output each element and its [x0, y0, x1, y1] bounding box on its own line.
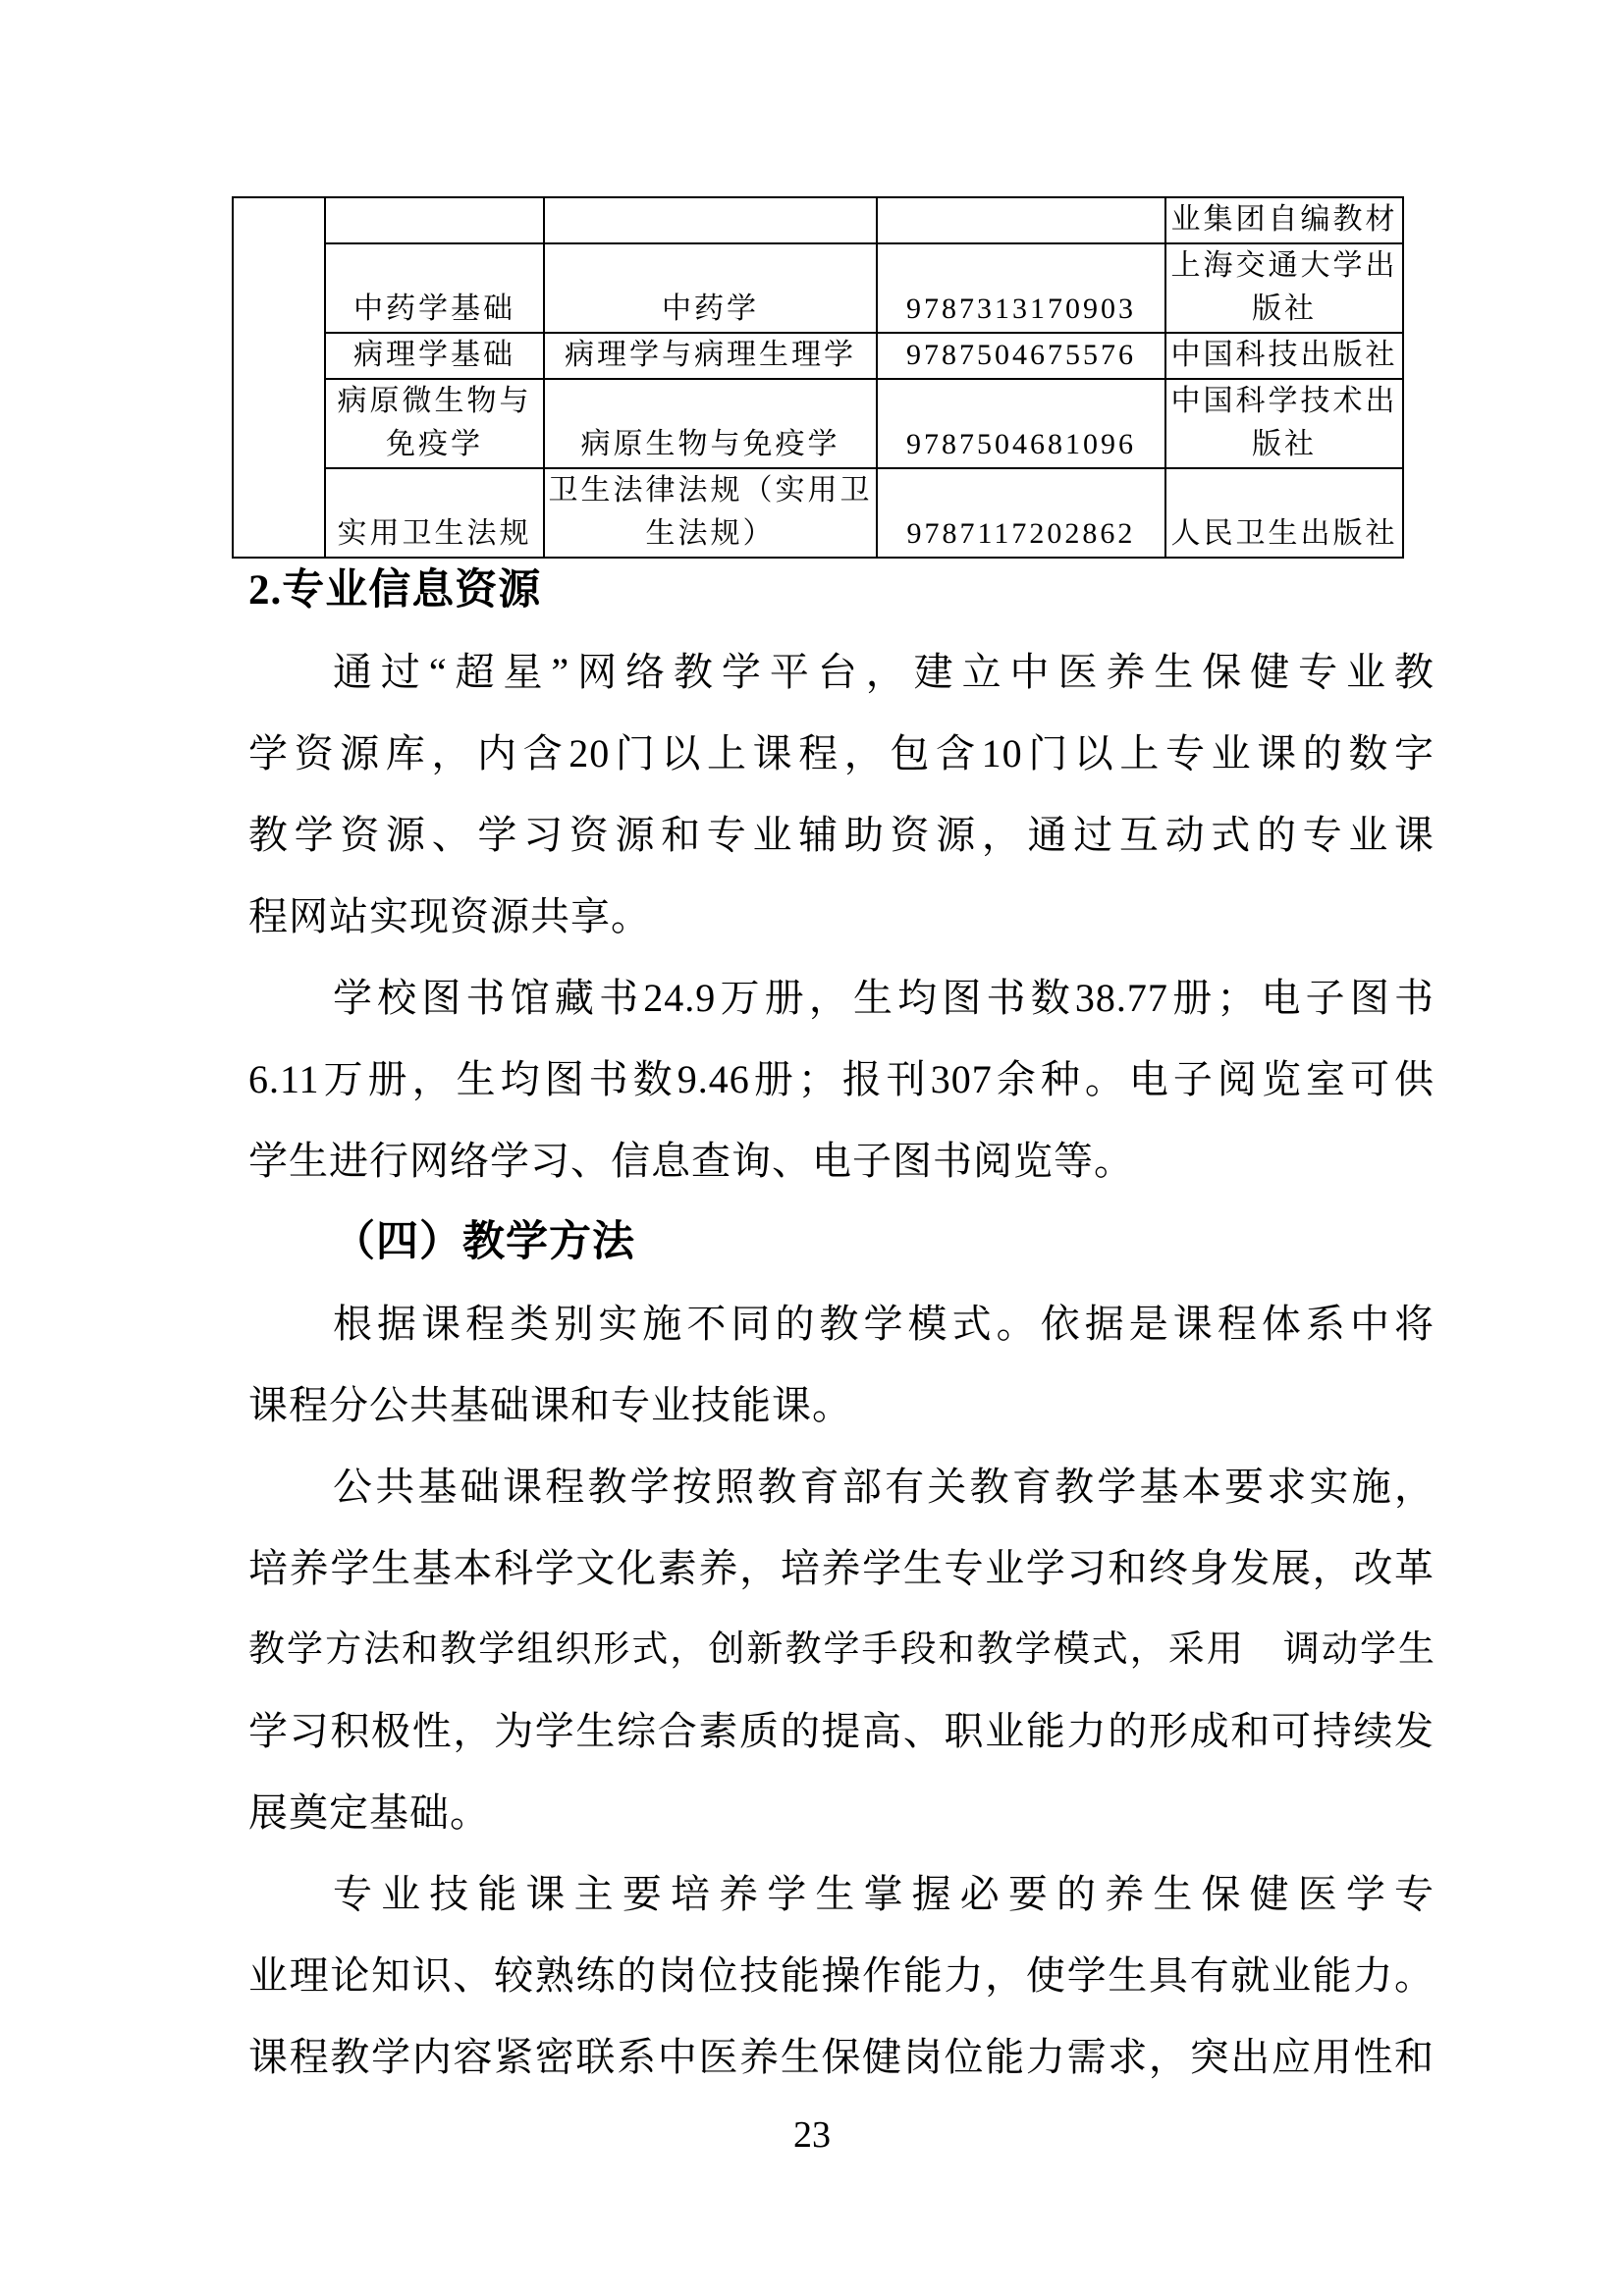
table-cell-isbn [877, 197, 1165, 243]
table-cell-textbook [544, 197, 877, 243]
table-cell-isbn: 9787313170903 [877, 243, 1165, 333]
table-row: 病理学基础 病理学与病理生理学 9787504675576 中国科技出版社 [233, 333, 1403, 379]
paragraph-line: 根据课程类别实施不同的教学模式。依据是课程体系中将 [248, 1283, 1435, 1364]
table-cell-publisher: 中国科技出版社 [1165, 333, 1403, 379]
table-cell-course: 病理学基础 [325, 333, 544, 379]
paragraph-line: 教学方法和教学组织形式，创新教学手段和教学模式，采用 调动学生 [248, 1609, 1435, 1690]
body-text: 2.专业信息资源 通过“超星”网络教学平台，建立中医养生保健专业教 学资源库，内… [248, 550, 1435, 2098]
paragraph-line: 公共基础课程教学按照教育部有关教育教学基本要求实施， [248, 1446, 1435, 1527]
paragraph-line: 课程分公共基础课和专业技能课。 [248, 1364, 1435, 1446]
table-cell-publisher: 中国科学技术出版社 [1165, 379, 1403, 468]
section-heading-method: （四）教学方法 [248, 1201, 1435, 1283]
paragraph-line: 学校图书馆藏书24.9万册，生均图书数38.77册；电子图书 [248, 957, 1435, 1039]
section-heading-info: 2.专业信息资源 [248, 550, 1435, 631]
table-cell-publisher: 上海交通大学出版社 [1165, 243, 1403, 333]
paragraph-line: 学习积极性，为学生综合素质的提高、职业能力的形成和可持续发 [248, 1690, 1435, 1772]
paragraph-line: 程网站实现资源共享。 [248, 876, 1435, 957]
table-row: 中药学基础 中药学 9787313170903 上海交通大学出版社 [233, 243, 1403, 333]
paragraph-line: 通过“超星”网络教学平台，建立中医养生保健专业教 [248, 631, 1435, 713]
table-cell-course [325, 197, 544, 243]
table-cell-textbook: 卫生法律法规（实用卫生法规） [544, 468, 877, 558]
table-cell-textbook: 病原生物与免疫学 [544, 379, 877, 468]
paragraph-line: 学资源库，内含20门以上课程，包含10门以上专业课的数字 [248, 713, 1435, 794]
document-page: 业集团自编教材 中药学基础 中药学 9787313170903 上海交通大学出版… [0, 0, 1624, 2296]
paragraph-line: 展奠定基础。 [248, 1772, 1435, 1853]
table-cell-publisher: 人民卫生出版社 [1165, 468, 1403, 558]
table-cell-course: 实用卫生法规 [325, 468, 544, 558]
table-row: 实用卫生法规 卫生法律法规（实用卫生法规） 9787117202862 人民卫生… [233, 468, 1403, 558]
paragraph-line: 6.11万册，生均图书数9.46册；报刊307余种。电子阅览室可供 [248, 1039, 1435, 1120]
table-row: 病原微生物与免疫学 病原生物与免疫学 9787504681096 中国科学技术出… [233, 379, 1403, 468]
table-cell-category-empty [233, 197, 325, 558]
page-number: 23 [0, 2112, 1624, 2158]
table-cell-isbn: 9787504681096 [877, 379, 1165, 468]
table-cell-textbook: 中药学 [544, 243, 877, 333]
paragraph-line: 课程教学内容紧密联系中医养生保健岗位能力需求，突出应用性和 [248, 2016, 1435, 2098]
textbook-table: 业集团自编教材 中药学基础 中药学 9787313170903 上海交通大学出版… [232, 196, 1404, 559]
table-row: 业集团自编教材 [233, 197, 1403, 243]
paragraph-line: 业理论知识、较熟练的岗位技能操作能力，使学生具有就业能力。 [248, 1935, 1435, 2016]
table-cell-course: 病原微生物与免疫学 [325, 379, 544, 468]
table-cell-isbn: 9787504675576 [877, 333, 1165, 379]
paragraph-line: 学生进行网络学习、信息查询、电子图书阅览等。 [248, 1120, 1435, 1201]
paragraph-line: 专业技能课主要培养学生掌握必要的养生保健医学专 [248, 1853, 1435, 1935]
table-cell-course: 中药学基础 [325, 243, 544, 333]
table-cell-publisher: 业集团自编教材 [1165, 197, 1403, 243]
paragraph-line: 教学资源、学习资源和专业辅助资源，通过互动式的专业课 [248, 794, 1435, 876]
table-cell-textbook: 病理学与病理生理学 [544, 333, 877, 379]
table-cell-isbn: 9787117202862 [877, 468, 1165, 558]
paragraph-line: 培养学生基本科学文化素养，培养学生专业学习和终身发展，改革 [248, 1527, 1435, 1609]
